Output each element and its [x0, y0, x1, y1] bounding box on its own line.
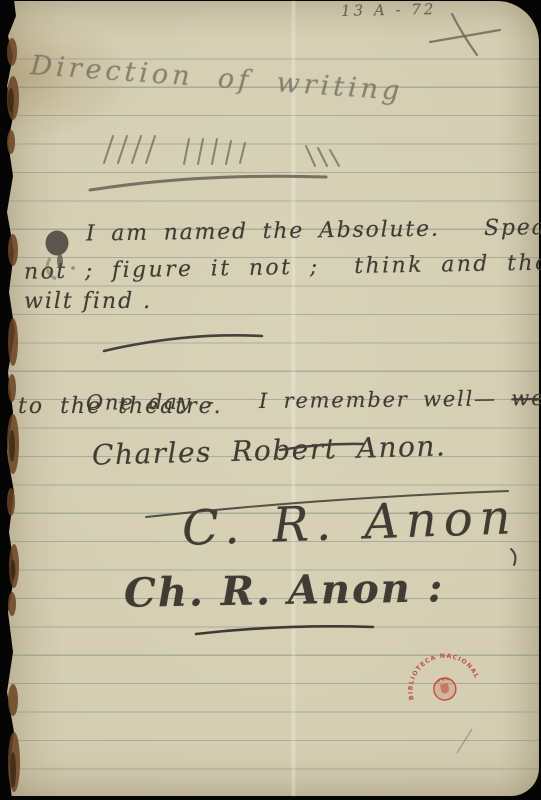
body-line-3: wilt find . — [24, 290, 152, 314]
archive-code: 13 A - 72 — [341, 1, 437, 19]
body-line-5: to the theatre. — [18, 395, 223, 419]
signature-initials: C. R. Anon — [181, 491, 518, 555]
struck-word: we — [511, 386, 541, 410]
page-background: 13 A - 72 Direction of writing I am name… — [0, 0, 541, 800]
signature-initials-alt: Ch. R. Anon : — [124, 566, 445, 616]
